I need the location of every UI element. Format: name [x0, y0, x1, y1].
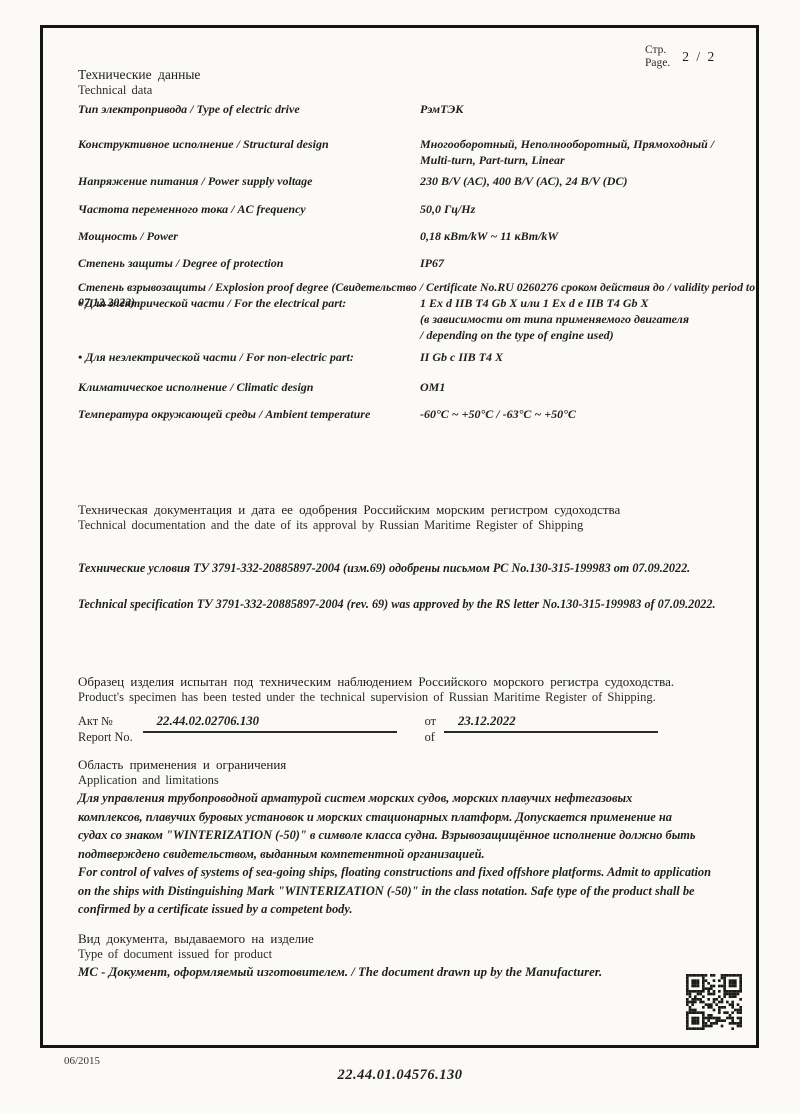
spec-label: Степень защиты / Degree of protection — [78, 255, 420, 271]
spec-value: 1 Ex d IIB T4 Gb X или 1 Ex d e IIB T4 G… — [420, 295, 762, 343]
specimen-text-en: Product's specimen has been tested under… — [78, 690, 762, 705]
specimen-text-ru: Образец изделия испытан под техническим … — [78, 674, 762, 690]
page-indicator-labels: Стр. Page. — [645, 44, 670, 70]
report-of-ru: от — [425, 714, 436, 730]
document-type-value: МС - Документ, оформляемый изготовителем… — [78, 963, 678, 982]
application-title-en: Application and limitations — [78, 773, 762, 788]
report-label-en: Report No. — [78, 730, 133, 746]
spec-value: -60°C ~ +50°C / -63°C ~ +50°C — [420, 406, 762, 422]
technical-data-title: Технические данные Technical data — [78, 67, 200, 98]
qr-code-icon — [686, 974, 742, 1030]
document-page: Стр. Page. 2 / 2 Технические данные Tech… — [0, 0, 800, 1114]
spec-value: 0,18 кВт/kW ~ 11 кВт/kW — [420, 228, 762, 244]
spec-value: IP67 — [420, 255, 762, 271]
spec-label: Температура окружающей среды / Ambient t… — [78, 406, 420, 422]
spec-label: Мощность / Power — [78, 228, 420, 244]
report-label: Акт № Report No. — [78, 714, 133, 745]
document-type-title-en: Type of document issued for product — [78, 947, 762, 962]
page-indicator: Стр. Page. 2 / 2 — [645, 44, 716, 70]
form-version: 06/2015 — [64, 1055, 100, 1067]
spec-value: ОМ1 — [420, 379, 762, 395]
spec-label: • Для неэлектрической части / For non-el… — [78, 349, 420, 365]
application-title-ru: Область применения и ограничения — [78, 757, 762, 773]
spec-label: • Для электрической части / For the elec… — [78, 295, 420, 311]
documentation-body-ru: Технические условия ТУ 3791-332-20885897… — [78, 559, 762, 577]
technical-data-title-en: Technical data — [78, 83, 200, 98]
application-body-en: For control of valves of systems of sea-… — [78, 863, 768, 919]
report-label-ru: Акт № — [78, 714, 133, 730]
documentation-section: Техническая документация и дата ее одобр… — [78, 502, 762, 533]
spec-label: Напряжение питания / Power supply voltag… — [78, 173, 420, 189]
document-type-title-ru: Вид документа, выдаваемого на изделие — [78, 931, 762, 947]
spec-value: 50,0 Гц/Hz — [420, 201, 762, 217]
application-section-title: Область применения и ограничения Applica… — [78, 757, 762, 788]
spec-row-power: Мощность / Power 0,18 кВт/kW ~ 11 кВт/kW — [78, 228, 762, 244]
documentation-title-en: Technical documentation and the date of … — [78, 518, 762, 533]
report-number-field: 22.44.02.02706.130 — [143, 714, 397, 733]
spec-row-structural-design: Конструктивное исполнение / Structural d… — [78, 136, 762, 168]
page-label-en: Page. — [645, 57, 670, 70]
spec-row-protection-degree: Степень защиты / Degree of protection IP… — [78, 255, 762, 271]
page-label-ru: Стр. — [645, 44, 670, 57]
spec-value: II Gb c IIB T4 X — [420, 349, 762, 365]
spec-label: Конструктивное исполнение / Structural d… — [78, 136, 420, 152]
report-of-en: of — [425, 730, 436, 746]
application-body-ru: Для управления трубопроводной арматурой … — [78, 789, 768, 863]
spec-row-climatic-design: Климатическое исполнение / Climatic desi… — [78, 379, 762, 395]
spec-row-electrical-part: • Для электрической части / For the elec… — [78, 295, 762, 343]
spec-label: Тип электропривода / Type of electric dr… — [78, 101, 420, 117]
report-of-label: от of — [425, 714, 436, 745]
spec-value: РэмТЭК — [420, 101, 762, 117]
specimen-section: Образец изделия испытан под техническим … — [78, 674, 762, 705]
spec-label: Частота переменного тока / AC frequency — [78, 201, 420, 217]
report-date-field: 23.12.2022 — [444, 714, 658, 733]
spec-row-frequency: Частота переменного тока / AC frequency … — [78, 201, 762, 217]
page-number: 2 / 2 — [682, 49, 716, 65]
spec-row-nonelectric-part: • Для неэлектрической части / For non-el… — [78, 349, 762, 365]
documentation-body-en: Technical specification ТУ 3791-332-2088… — [78, 595, 762, 613]
technical-data-title-ru: Технические данные — [78, 67, 200, 83]
spec-label: Климатическое исполнение / Climatic desi… — [78, 379, 420, 395]
document-type-section: Вид документа, выдаваемого на изделие Ty… — [78, 931, 762, 962]
spec-row-drive-type: Тип электропривода / Type of electric dr… — [78, 101, 762, 117]
spec-row-ambient-temperature: Температура окружающей среды / Ambient t… — [78, 406, 762, 422]
documentation-title-ru: Техническая документация и дата ее одобр… — [78, 502, 762, 518]
report-number-row: Акт № Report No. 22.44.02.02706.130 от o… — [78, 714, 718, 745]
spec-value: Многооборотный, Неполнооборотный, Прямох… — [420, 136, 762, 168]
spec-value: 230 В/V (АС), 400 В/V (АС), 24 В/V (DC) — [420, 173, 762, 189]
document-number: 22.44.01.04576.130 — [0, 1067, 800, 1084]
documentation-body: Технические условия ТУ 3791-332-20885897… — [78, 541, 762, 631]
spec-row-power-supply: Напряжение питания / Power supply voltag… — [78, 173, 762, 189]
